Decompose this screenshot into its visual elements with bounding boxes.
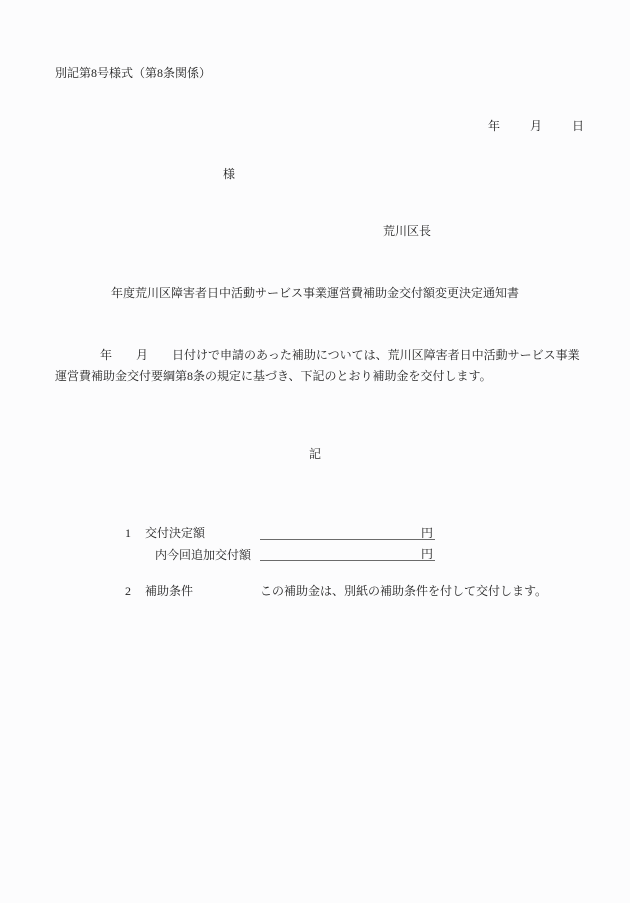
item1-unit: 円 — [421, 526, 433, 540]
record-marker: 記 — [0, 447, 630, 461]
date-day-label: 日 — [572, 119, 584, 133]
sender-title: 荒川区長 — [383, 224, 431, 238]
item1-amount-field[interactable]: 円 — [260, 527, 435, 540]
item2-number: 2 — [125, 584, 131, 598]
item2-label: 補助条件 — [145, 584, 193, 598]
document-page: 別記第8号様式（第8条関係） 年月日 様 荒川区長 年度荒川区障害者日中活動サー… — [0, 0, 630, 903]
item1-number: 1 — [125, 526, 131, 540]
body-line-2: 運営費補助金交付要綱第8条の規定に基づき、下記のとおり補助金を交付します。 — [55, 369, 492, 383]
date-year-label: 年 — [488, 119, 500, 133]
item1-sub-unit: 円 — [421, 547, 433, 561]
date-line: 年月日 — [476, 105, 584, 147]
date-month-label: 月 — [530, 119, 542, 133]
item2-text: この補助金は、別紙の補助条件を付して交付します。 — [260, 584, 547, 598]
item1-sub-label: 内今回追加交付額 — [155, 548, 251, 562]
body-line-1: 年 月 日付けで申請のあった補助については、荒川区障害者日中活動サービス事業 — [100, 348, 580, 362]
document-title: 年度荒川区障害者日中活動サービス事業運営費補助金交付額変更決定通知書 — [0, 286, 630, 300]
item1-label: 交付決定額 — [145, 526, 205, 540]
form-number: 別記第8号様式（第8条関係） — [55, 66, 211, 80]
item1-sub-amount-field[interactable]: 円 — [260, 548, 435, 561]
recipient-honorific: 様 — [223, 167, 235, 181]
